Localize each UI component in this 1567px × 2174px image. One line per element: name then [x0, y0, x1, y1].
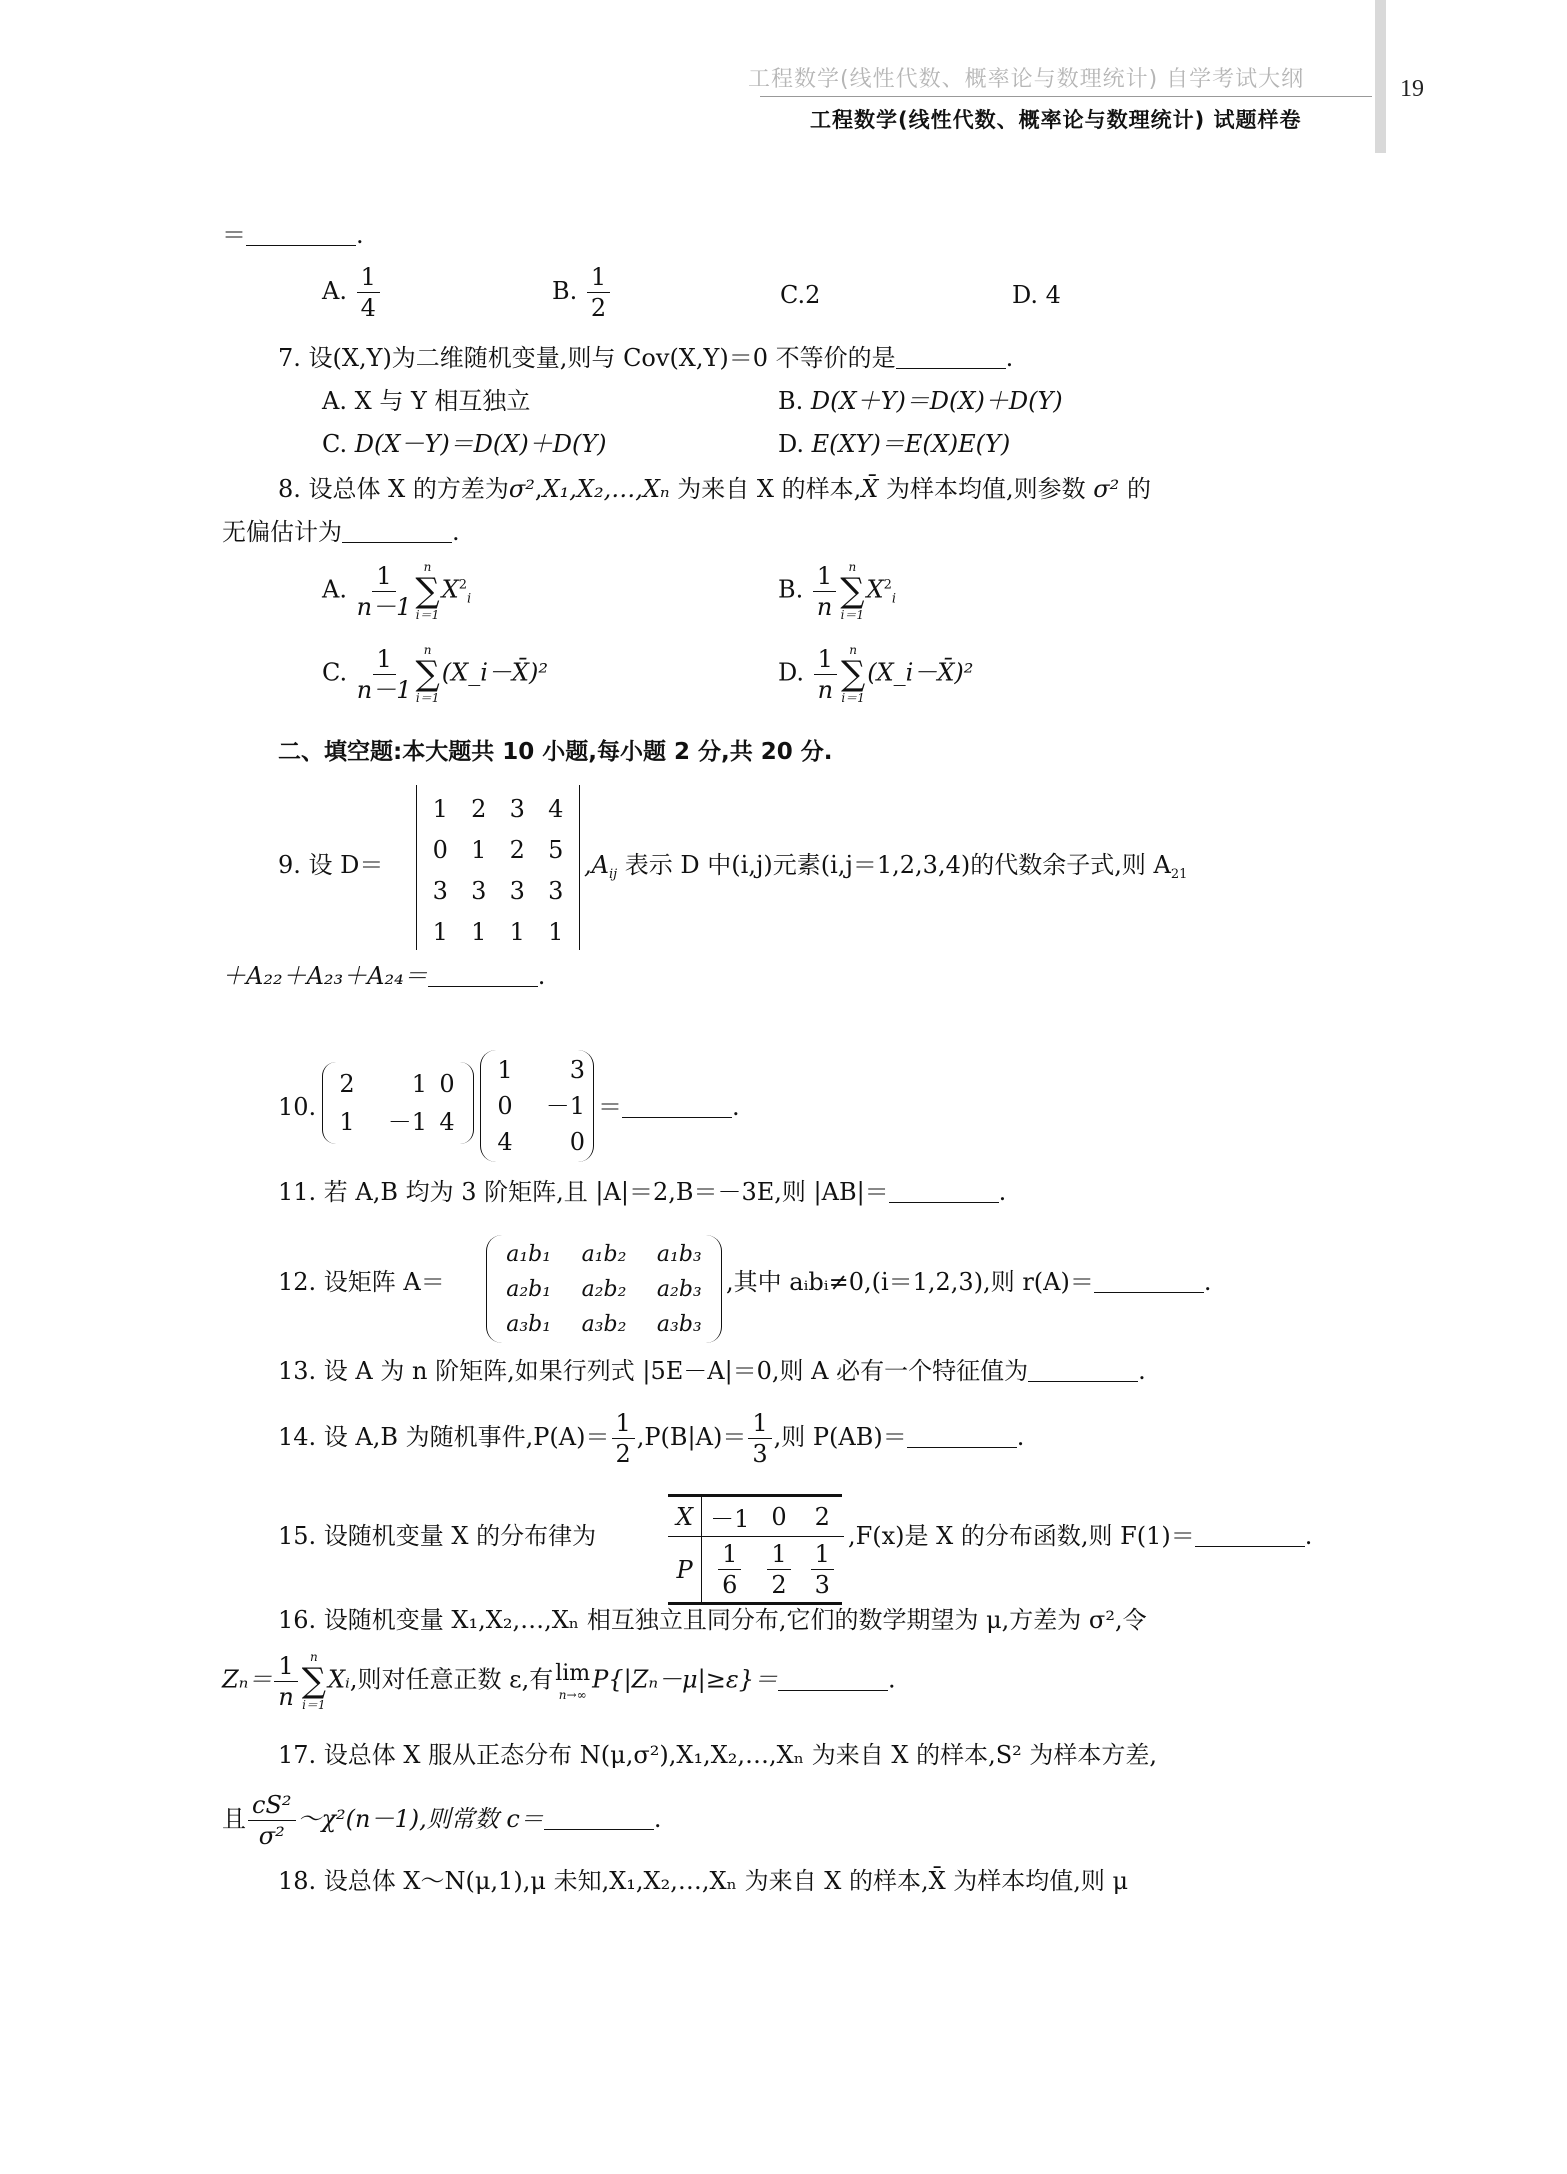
q9-prefix: 9. 设 D＝	[278, 850, 383, 880]
running-header-title: 工程数学(线性代数、概率论与数理统计) 自学考试大纲	[748, 62, 1304, 93]
section-heading-fill-in: 二、填空题:本大题共 10 小题,每小题 2 分,共 20 分.	[278, 733, 832, 766]
fraction: 12	[612, 1408, 635, 1469]
fraction: 1n	[274, 1651, 297, 1712]
q11: 11. 若 A,B 均为 3 阶矩阵,且 |A|＝2,B＝－3E,则 |AB|＝…	[278, 1177, 1006, 1207]
fraction: 16	[718, 1539, 741, 1600]
header-rule	[760, 96, 1372, 97]
sum-symbol: n∑i＝1	[841, 643, 865, 705]
q12-matrix: a₁b₁a₁b₂a₁b₃ a₂b₁a₂b₂a₂b₃ a₃b₁a₃b₂a₃b₃	[486, 1235, 722, 1343]
q18-line1: 18. 设总体 X～N(μ,1),μ 未知,X₁,X₂,…,Xₙ 为来自 X 的…	[278, 1866, 1128, 1896]
sum-symbol: n∑i＝1	[302, 1650, 326, 1712]
q8-line2: 无偏估计为.	[222, 517, 460, 547]
q8-option-a: A. 1n－1n∑i＝1X2i	[322, 560, 471, 622]
q7-option-d: D. E(XY)＝E(X)E(Y)	[778, 429, 1010, 459]
q12-prefix: 12. 设矩阵 A＝	[278, 1267, 445, 1297]
q9-determinant: 1234 0125 3333 1111	[416, 785, 580, 950]
answer-blank[interactable]	[246, 225, 356, 246]
answer-blank[interactable]	[1028, 1361, 1138, 1382]
sum-symbol: n∑i＝1	[416, 643, 440, 705]
q15-distribution-table: X －1 0 2 P 16 12 13	[668, 1494, 842, 1605]
q12-suffix: ,其中 aᵢbᵢ≠0,(i＝1,2,3),则 r(A)＝.	[726, 1267, 1212, 1297]
q7-option-a: A. X 与 Y 相互独立	[322, 386, 530, 416]
q17-line1: 17. 设总体 X 服从正态分布 N(μ,σ²),X₁,X₂,…,Xₙ 为来自 …	[278, 1740, 1157, 1770]
answer-blank[interactable]	[1094, 1272, 1204, 1293]
page-edge-bar	[1375, 0, 1386, 153]
page-number: 19	[1400, 76, 1424, 103]
fraction: 13	[748, 1408, 771, 1469]
q6-tail: ＝.	[222, 220, 364, 250]
q16-line1: 16. 设随机变量 X₁,X₂,…,Xₙ 相互独立且同分布,它们的数学期望为 μ…	[278, 1605, 1147, 1635]
q7-option-b: B. D(X＋Y)＝D(X)＋D(Y)	[778, 386, 1063, 416]
q7-option-c: C. D(X－Y)＝D(X)＋D(Y)	[322, 429, 607, 459]
fraction: 12	[587, 262, 610, 323]
q10-right-matrix: 13 0－1 40	[480, 1050, 594, 1162]
answer-blank[interactable]	[896, 348, 1006, 369]
q17-line2: 且cS²σ²～χ²(n－1),则常数 c＝.	[222, 1790, 661, 1851]
answer-blank[interactable]	[889, 1182, 999, 1203]
fraction: 14	[357, 262, 380, 323]
answer-blank[interactable]	[1195, 1526, 1305, 1547]
q6-option-d: D. 4	[1012, 280, 1061, 310]
answer-blank[interactable]	[342, 522, 452, 543]
q14: 14. 设 A,B 为随机事件,P(A)＝12,P(B|A)＝13,则 P(AB…	[278, 1408, 1024, 1469]
q15-prefix: 15. 设随机变量 X 的分布律为	[278, 1521, 596, 1551]
q10-tail: ＝.	[598, 1092, 740, 1122]
fraction: 1n－1	[357, 561, 412, 622]
q13: 13. 设 A 为 n 阶矩阵,如果行列式 |5E－A|＝0,则 A 必有一个特…	[278, 1356, 1146, 1386]
running-header-subtitle: 工程数学(线性代数、概率论与数理统计) 试题样卷	[810, 104, 1302, 134]
q8-option-b: B. 1nn∑i＝1X2i	[778, 560, 896, 622]
fraction: 1n	[813, 561, 836, 622]
q15-suffix: ,F(x)是 X 的分布函数,则 F(1)＝.	[848, 1521, 1312, 1551]
answer-blank[interactable]	[544, 1809, 654, 1830]
q9-line2: ＋A₂₂＋A₂₃＋A₂₄＝.	[222, 961, 545, 991]
fraction: 1n	[814, 644, 837, 705]
fraction: 13	[811, 1539, 834, 1600]
q8-option-d: D. 1nn∑i＝1(X_i－X̄)²	[778, 643, 973, 705]
answer-blank[interactable]	[622, 1097, 732, 1118]
q7-stem: 7. 设(X,Y)为二维随机变量,则与 Cov(X,Y)＝0 不等价的是.	[278, 343, 1013, 373]
q9-suffix: ,Aij 表示 D 中(i,j)元素(i,j＝1,2,3,4)的代数余子式,则 …	[584, 850, 1187, 890]
q16-line2: Zₙ＝1nn∑i＝1Xᵢ,则对任意正数 ε,有limn→∞P{|Zₙ－μ|≥ε}…	[222, 1650, 896, 1712]
limit: limn→∞	[555, 1660, 590, 1702]
q8-option-c: C. 1n－1n∑i＝1(X_i－X̄)²	[322, 643, 548, 705]
q6-option-c: C.2	[780, 280, 820, 310]
answer-blank[interactable]	[428, 966, 538, 987]
fraction: 1n－1	[357, 644, 412, 705]
q10-prefix: 10.	[278, 1092, 316, 1122]
q6-option-a: A. 14	[322, 262, 382, 323]
q8-stem: 8. 设总体 X 的方差为σ²,X₁,X₂,…,Xₙ 为来自 X 的样本,X̄ …	[278, 474, 1151, 504]
fraction: 12	[767, 1539, 790, 1600]
q6-option-b: B. 12	[552, 262, 612, 323]
sum-symbol: n∑i＝1	[840, 560, 864, 622]
fraction: cS²σ²	[248, 1790, 296, 1851]
sum-symbol: n∑i＝1	[415, 560, 439, 622]
q10-left-matrix: 210 1－14	[322, 1062, 474, 1144]
answer-blank[interactable]	[907, 1427, 1017, 1448]
answer-blank[interactable]	[778, 1670, 888, 1691]
